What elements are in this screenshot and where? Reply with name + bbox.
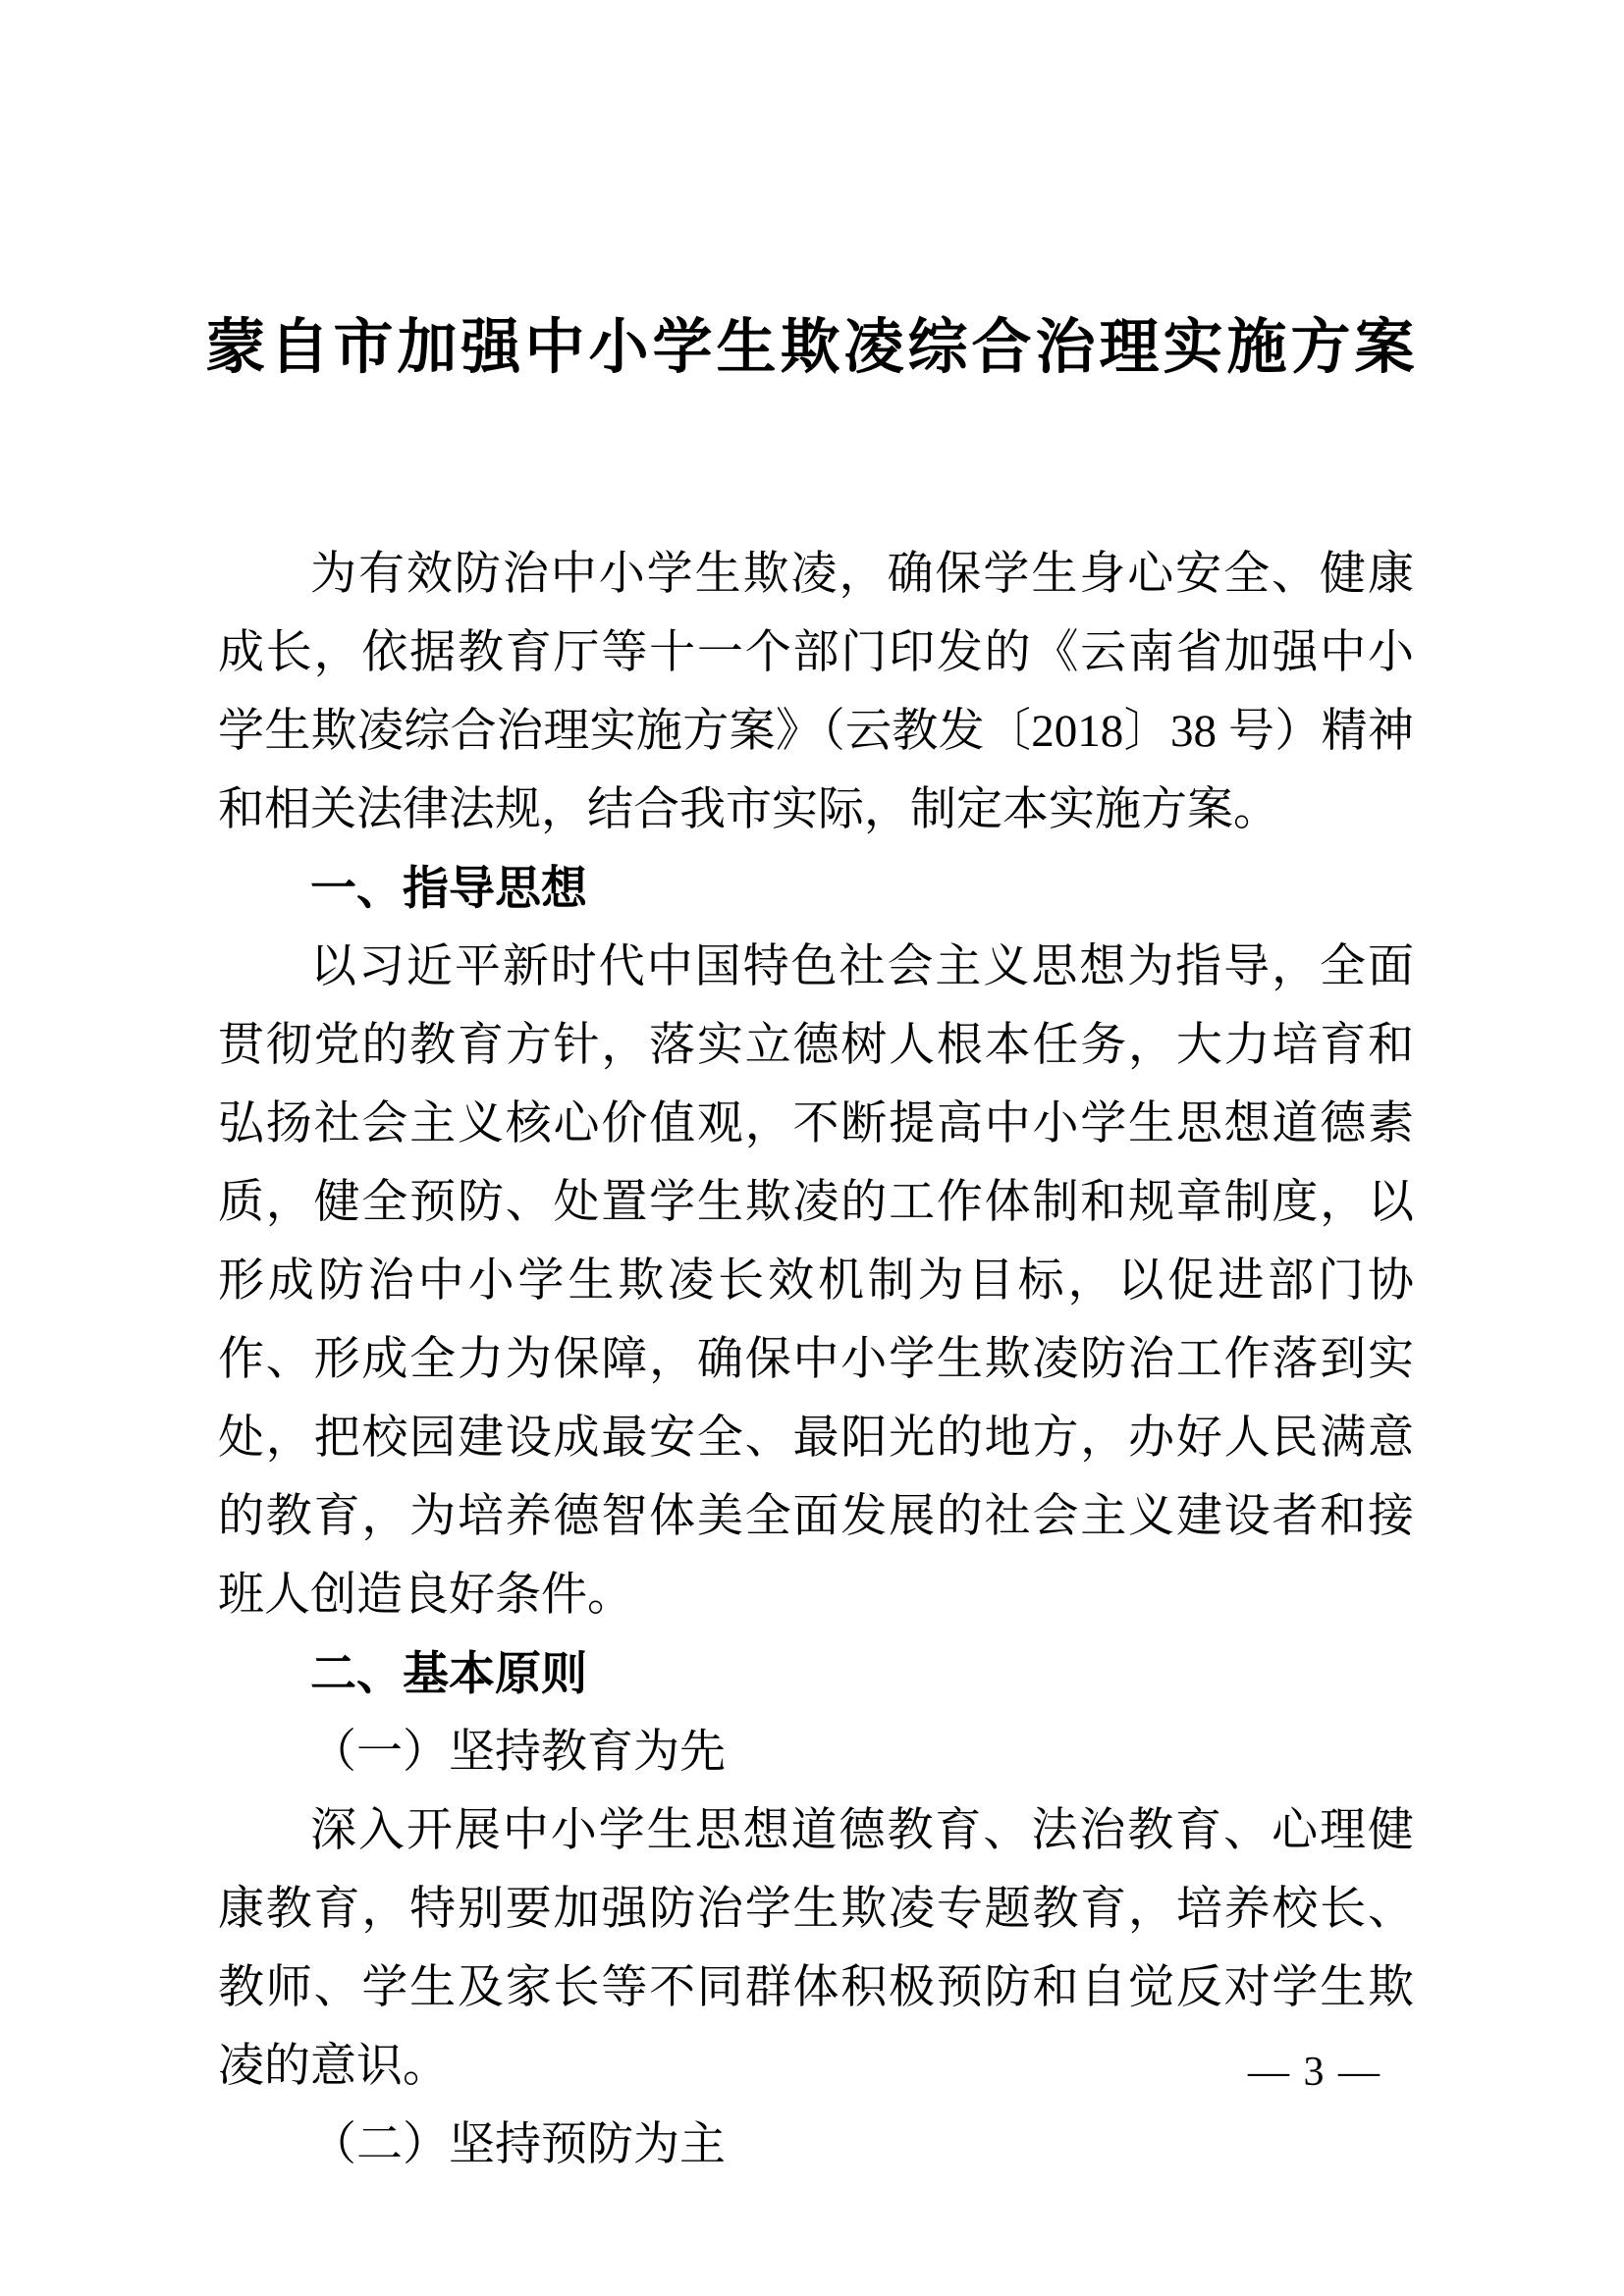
body-paragraph: 为有效防治中小学生欺凌，确保学生身心安全、健康成长，依据教育厅等十一个部门印发的… [218,535,1414,849]
document-page: 蒙自市加强中小学生欺凌综合治理实施方案 为有效防治中小学生欺凌，确保学生身心安全… [0,0,1624,2296]
sub-heading: （二）坚持预防为主 [218,2106,1414,2184]
body-paragraph: 深入开展中小学生思想道德教育、法治教育、心理健康教育，特别要加强防治学生欺凌专题… [218,1791,1414,2106]
sub-heading: （一）坚持教育为先 [218,1713,1414,1791]
body-paragraph: 以习近平新时代中国特色社会主义思想为指导，全面贯彻党的教育方针，落实立德树人根本… [218,928,1414,1634]
section-heading: 二、基本原则 [218,1634,1414,1713]
section-heading: 一、指导思想 [218,849,1414,928]
page-title: 蒙自市加强中小学生欺凌综合治理实施方案 [0,314,1624,383]
page-number: — 3 — [1248,2048,1381,2097]
document-body: 为有效防治中小学生欺凌，确保学生身心安全、健康成长，依据教育厅等十一个部门印发的… [218,535,1414,2184]
